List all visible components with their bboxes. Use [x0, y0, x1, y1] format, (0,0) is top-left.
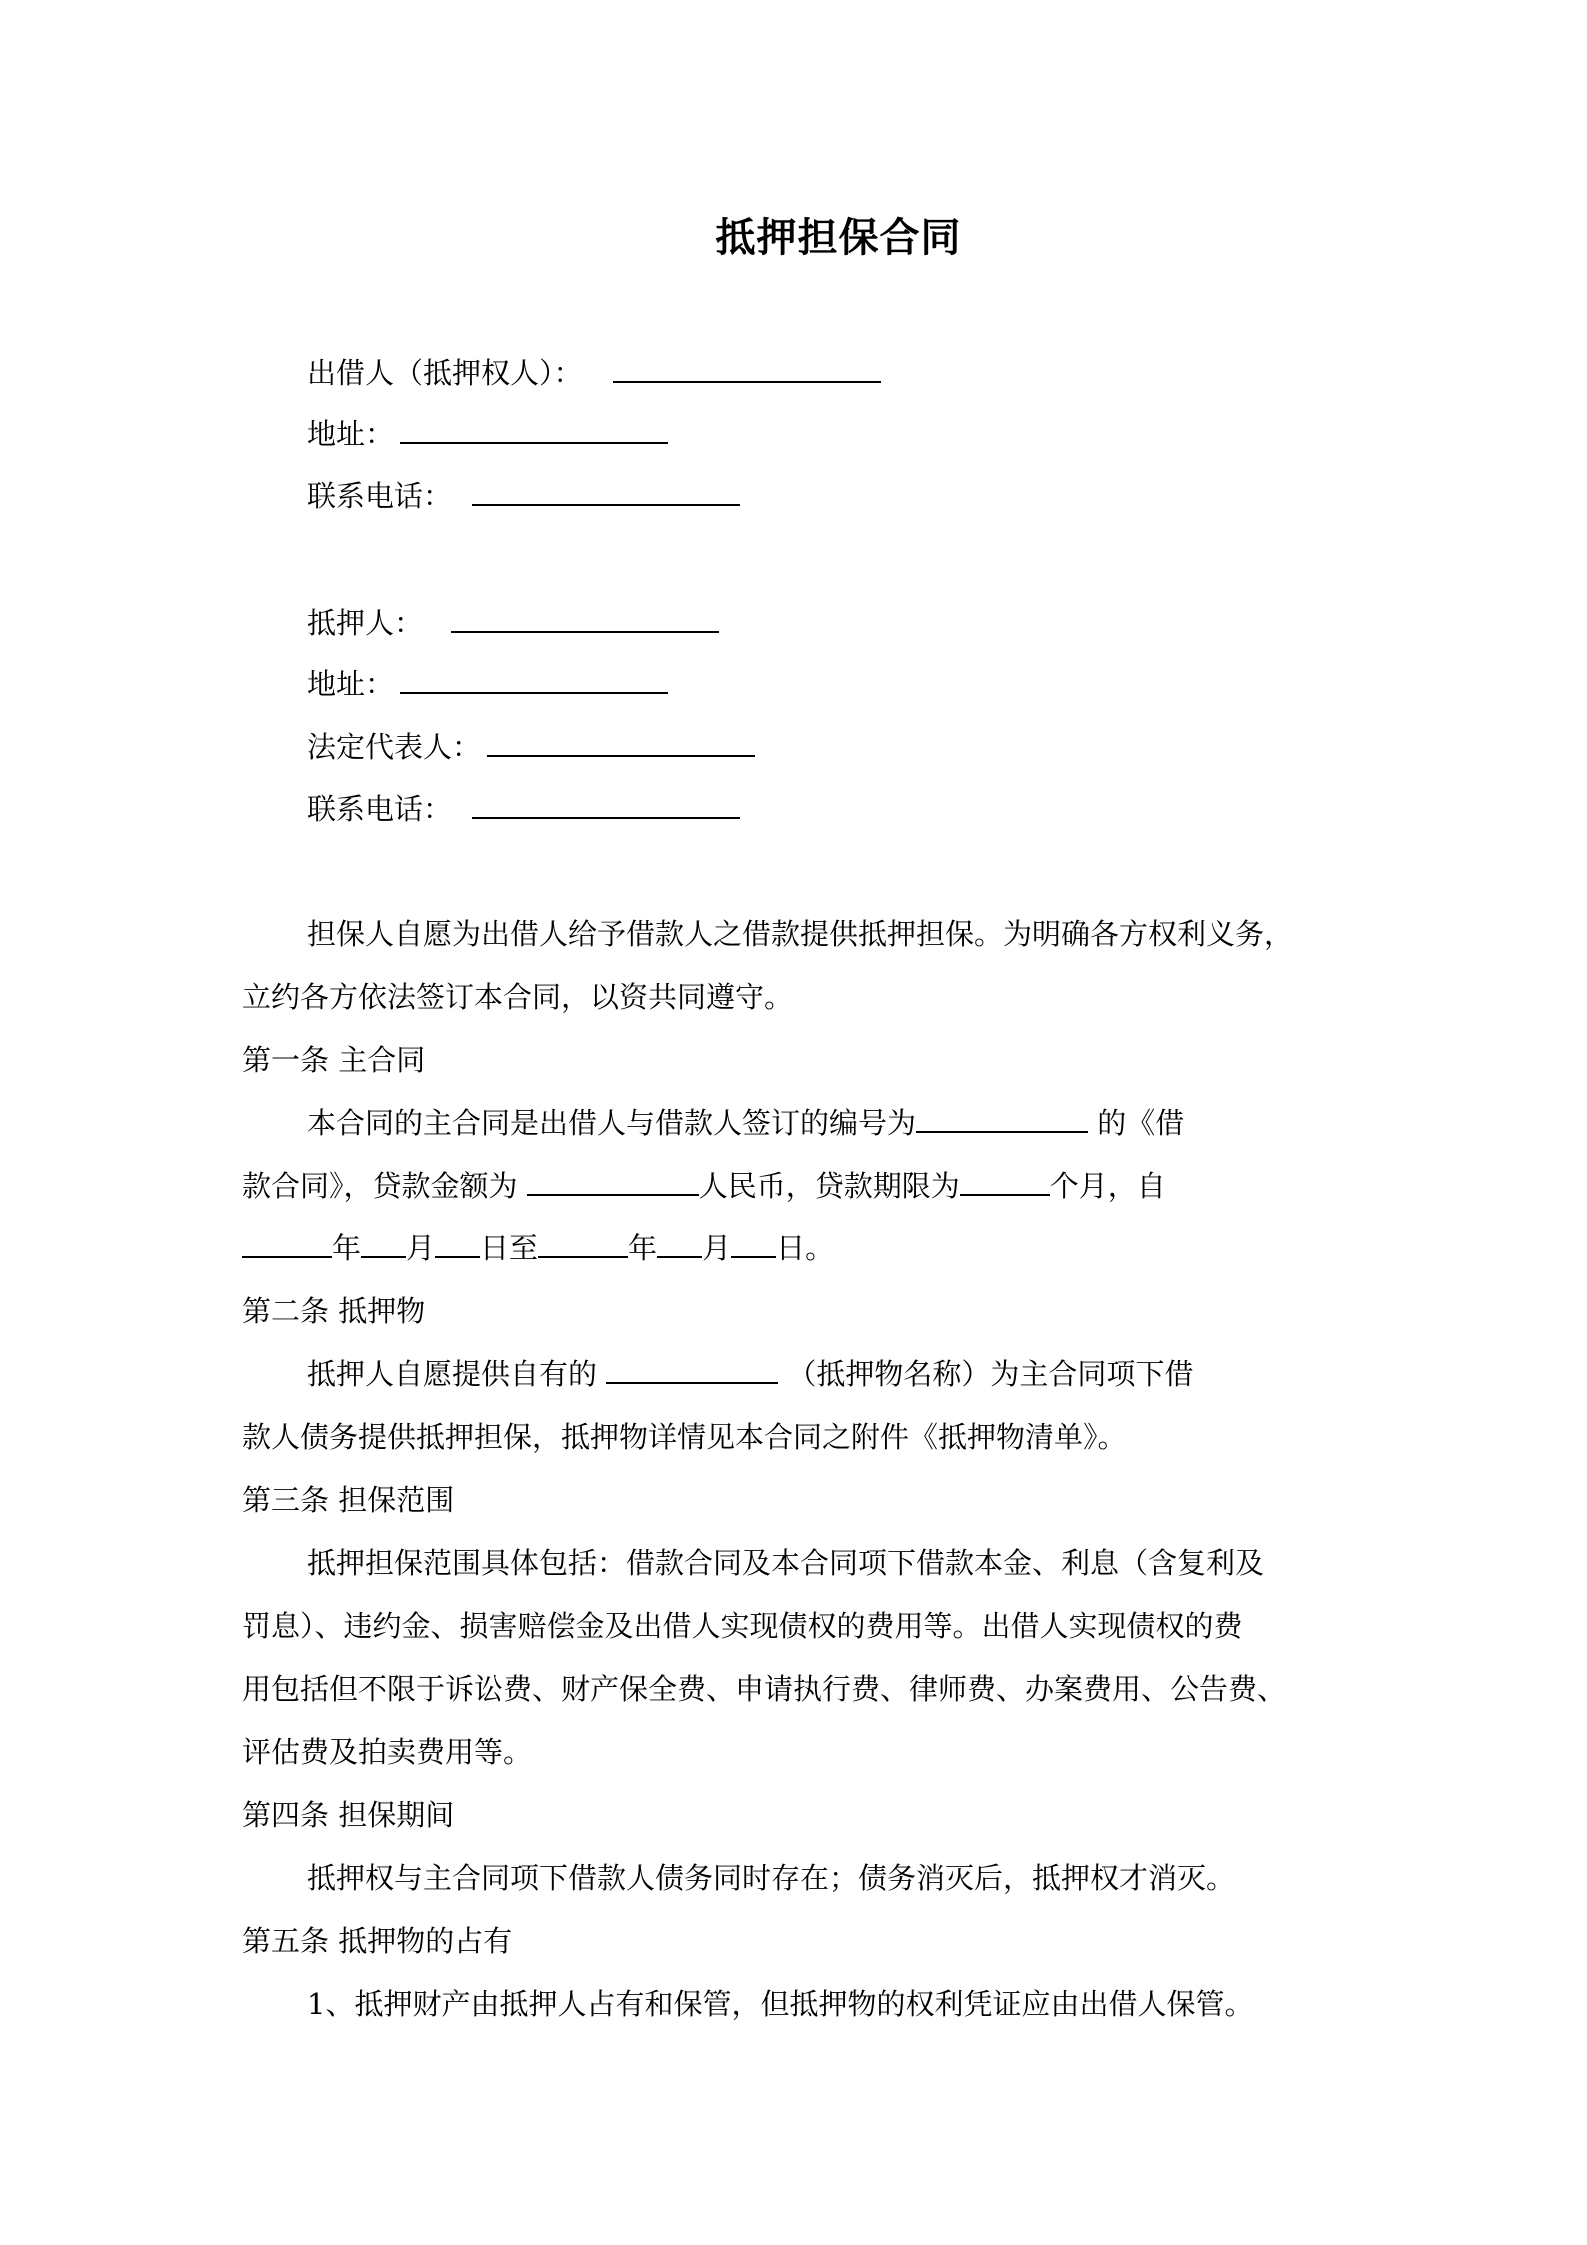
year-label: 年 [628, 1231, 657, 1265]
day-label: 日。 [776, 1231, 834, 1265]
mortgagor-label: 抵押人： [307, 606, 423, 640]
lender-address-field: 地址： [307, 414, 668, 454]
legal-rep-label: 法定代表人： [307, 730, 481, 764]
article-3-heading: 第三条 担保范围 [242, 1480, 1357, 1520]
article-2-line-1: 抵押人自愿提供自有的 （抵押物名称）为主合同项下借 [307, 1354, 1193, 1394]
article-4-line-1: 抵押权与主合同项下借款人债务同时存在；债务消灭后，抵押权才消灭。 [307, 1858, 1235, 1898]
legal-rep-field: 法定代表人： [307, 727, 755, 767]
mortgagor-phone-label: 联系电话： [307, 792, 452, 826]
start-month-blank[interactable] [361, 1230, 406, 1258]
article-1-text: 个月，自 [1050, 1169, 1166, 1203]
article-3-line-4: 评估费及拍卖费用等。 [242, 1732, 1357, 1772]
article-5-heading: 第五条 抵押物的占有 [242, 1921, 1357, 1961]
legal-rep-blank[interactable] [487, 729, 755, 757]
preamble-line-2: 立约各方依法签订本合同，以资共同遵守。 [242, 977, 1357, 1017]
article-2-heading: 第二条 抵押物 [242, 1291, 1357, 1331]
mortgagor-blank[interactable] [451, 605, 719, 633]
mortgagor-phone-blank[interactable] [472, 791, 740, 819]
mortgagor-phone-field: 联系电话： [307, 789, 740, 829]
article-2-text: 抵押人自愿提供自有的 [307, 1357, 606, 1391]
end-year-blank[interactable] [538, 1230, 628, 1258]
end-day-blank[interactable] [731, 1230, 776, 1258]
mortgagor-address-label: 地址： [307, 667, 394, 701]
mortgagor-address-field: 地址： [307, 664, 668, 704]
loan-amount-blank[interactable] [527, 1168, 699, 1196]
lender-address-blank[interactable] [400, 416, 668, 444]
end-month-blank[interactable] [657, 1230, 702, 1258]
article-1-text: 的《借 [1088, 1106, 1184, 1140]
article-5-line-1: 1、抵押财产由抵押人占有和保管，但抵押物的权利凭证应由出借人保管。 [307, 1984, 1253, 2024]
lender-address-label: 地址： [307, 417, 394, 451]
article-1-line-1: 本合同的主合同是出借人与借款人签订的编号为 的《借 [307, 1103, 1184, 1143]
article-1-line-2: 款合同》，贷款金额为 人民币，贷款期限为个月，自 [242, 1166, 1357, 1206]
month-label: 月 [702, 1231, 731, 1265]
lender-blank[interactable] [613, 355, 881, 383]
lender-phone-field: 联系电话： [307, 476, 740, 516]
preamble-line-1: 担保人自愿为出借人给予借款人之借款提供抵押担保。为明确各方权利义务， [307, 914, 1293, 954]
loan-term-blank[interactable] [960, 1168, 1050, 1196]
contract-number-blank[interactable] [916, 1105, 1088, 1133]
article-1-text: 款合同》，贷款金额为 [242, 1169, 527, 1203]
article-4-heading: 第四条 担保期间 [242, 1795, 1357, 1835]
mortgagor-address-blank[interactable] [400, 666, 668, 694]
article-1-line-3: 年月日至年月日。 [242, 1228, 1357, 1268]
lender-field: 出借人（抵押权人）： [307, 353, 881, 393]
article-3-line-2: 罚息）、违约金、损害赔偿金及出借人实现债权的费用等。出借人实现债权的费 [242, 1606, 1357, 1646]
start-day-blank[interactable] [435, 1230, 480, 1258]
collateral-name-blank[interactable] [606, 1356, 778, 1384]
lender-phone-blank[interactable] [472, 478, 740, 506]
lender-label: 出借人（抵押权人）： [307, 356, 583, 390]
article-1-text: 人民币，贷款期限为 [699, 1169, 960, 1203]
article-1-text: 本合同的主合同是出借人与借款人签订的编号为 [307, 1106, 916, 1140]
year-label: 年 [332, 1231, 361, 1265]
start-year-blank[interactable] [242, 1230, 332, 1258]
article-1-heading: 第一条 主合同 [242, 1040, 1357, 1080]
article-2-text: （抵押物名称）为主合同项下借 [778, 1357, 1193, 1391]
article-3-line-1: 抵押担保范围具体包括：借款合同及本合同项下借款本金、利息（含复利及 [307, 1543, 1264, 1583]
month-label: 月 [406, 1231, 435, 1265]
document-page: 抵押担保合同 出借人（抵押权人）： 地址： 联系电话： 抵押人： 地址： 法定代… [0, 0, 1587, 2245]
day-label: 日至 [480, 1231, 538, 1265]
lender-phone-label: 联系电话： [307, 479, 452, 513]
document-title: 抵押担保合同 [0, 206, 1587, 263]
article-3-line-3: 用包括但不限于诉讼费、财产保全费、申请执行费、律师费、办案费用、公告费、 [242, 1669, 1357, 1709]
article-2-line-2: 款人债务提供抵押担保，抵押物详情见本合同之附件《抵押物清单》。 [242, 1417, 1357, 1457]
mortgagor-field: 抵押人： [307, 603, 719, 643]
